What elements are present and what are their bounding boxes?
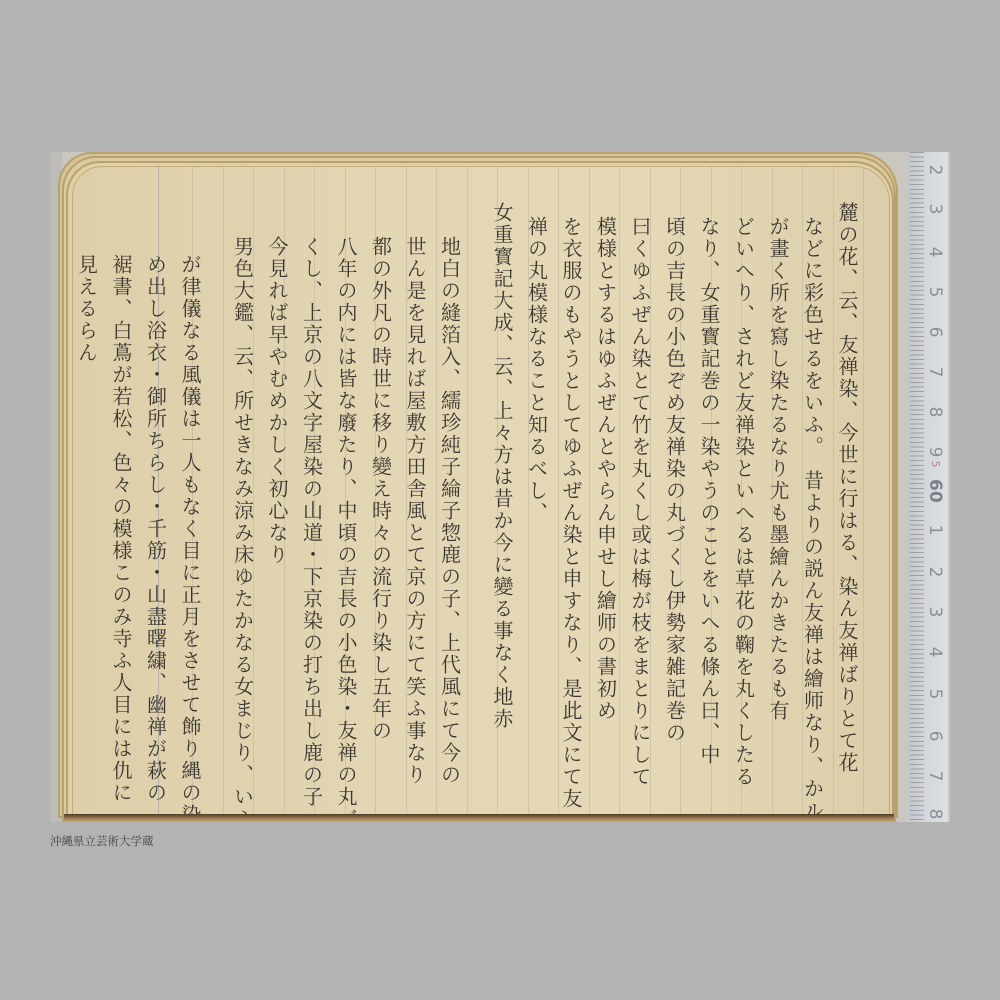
ruler-label: 2 [925,561,945,583]
ruler-ticks [910,152,924,822]
ruler-label: 1 [925,519,945,541]
text-column: 見えるらん [72,202,104,812]
ruler-label: 8 [925,401,945,423]
ruler-label: 60 [925,479,945,501]
ruler-label: 4 [925,641,945,663]
text-column: 女重寳記大成、云、上々方は昔か今に變る事なく地赤 [485,202,520,812]
text-column: 今見れば早やむめかしく初心なり [260,202,295,812]
text-column: 地白の縫箔入、繻珍純子綸子惣鹿の子、上代風にて今の [432,202,467,812]
notebook-page: 麓の花、云、友禅染、今世に行はる、染ん友禅ばりとて花などに彩色せるをいふ。 昔よ… [72,166,890,816]
text-column: を衣服のもやうとしてゆふぜん染と申すなり、是此文にて友 [554,202,589,812]
text-column: 模様とするはゆふぜんとやらん申せし繪师の書初め [588,202,623,812]
text-column: 禅の丸模様なること知るべし、 [519,202,554,812]
text-column: どいへり、されど友禅染といへるは草花の鞠を丸くしたる [726,202,761,812]
text-column: 世ん是を見れば屋敷方田舎風とて京の方にて笑ふ事なり [398,202,433,812]
text-column: 都の外凡の時世に移り變え時々の流行り染し五年の [363,202,398,812]
text-column: 男色大鑑、云、所せきなみ涼み床ゆたかなる女まじり、いふ [225,202,260,812]
ruler-label: 7 [925,765,945,787]
page-bottom-edge [64,814,894,822]
text-column: 頃の吉長の小色ぞめ友禅染の丸づくし伊勢家雑記巻の [657,202,692,812]
ruler-label: 8 [925,803,945,822]
measuring-ruler: 2345678956012345678 [908,152,948,822]
ruler-label: 5 [925,281,945,303]
text-column: 裾書、白蔦が若松、色々の模様このみ寺ふ人目には仇に [104,202,139,812]
ruler-label: 6 [925,321,945,343]
ruler-label: 4 [925,241,945,263]
handwritten-text: 麓の花、云、友禅染、今世に行はる、染ん友禅ばりとて花などに彩色せるをいふ。 昔よ… [164,202,864,812]
ruler-label: 3 [925,601,945,623]
text-column: が律儀なる風儀は一人もなく目に正月をさせて飾り縄の染 [173,202,208,812]
text-column: が畫く所を寫し染たるなり尤も墨繪んかきたるも有 [761,202,796,812]
manuscript-photo: 麓の花、云、友禅染、今世に行はる、染ん友禅ばりとて花などに彩色せるをいふ。 昔よ… [50,152,950,822]
text-column: 曰くゆふぜん染とて竹を丸くし或は梅が枝をまとりにして [623,202,658,812]
ruler-label: 6 [925,725,945,747]
text-column: め出し浴衣・御所ちらし・千筋・山盡曙繍、幽禅が萩の [138,202,173,812]
ruler-label: 5 [925,453,945,475]
text-column: 麓の花、云、友禅染、今世に行はる、染ん友禅ばりとて花 [830,202,865,812]
ruler-label: 7 [925,361,945,383]
collection-caption: 沖縄県立芸術大学蔵 [50,833,154,849]
text-column: くし、上京の八文字屋染の山道・下京染の打ち出し鹿の子 [294,202,329,812]
text-column: などに彩色せるをいふ。 昔よりの説ん友禅は繪师なり、かル [795,202,830,812]
ruler-label: 2 [925,159,945,181]
ruler-label: 5 [925,683,945,705]
text-column: 八年の内には皆な廢たり、中頃の吉長の小色染・友禅の丸づ [329,202,364,812]
ruler-label: 3 [925,198,945,220]
text-column: なり、女重寳記巻の一染やうのことをいへる條ん曰、中 [692,202,727,812]
